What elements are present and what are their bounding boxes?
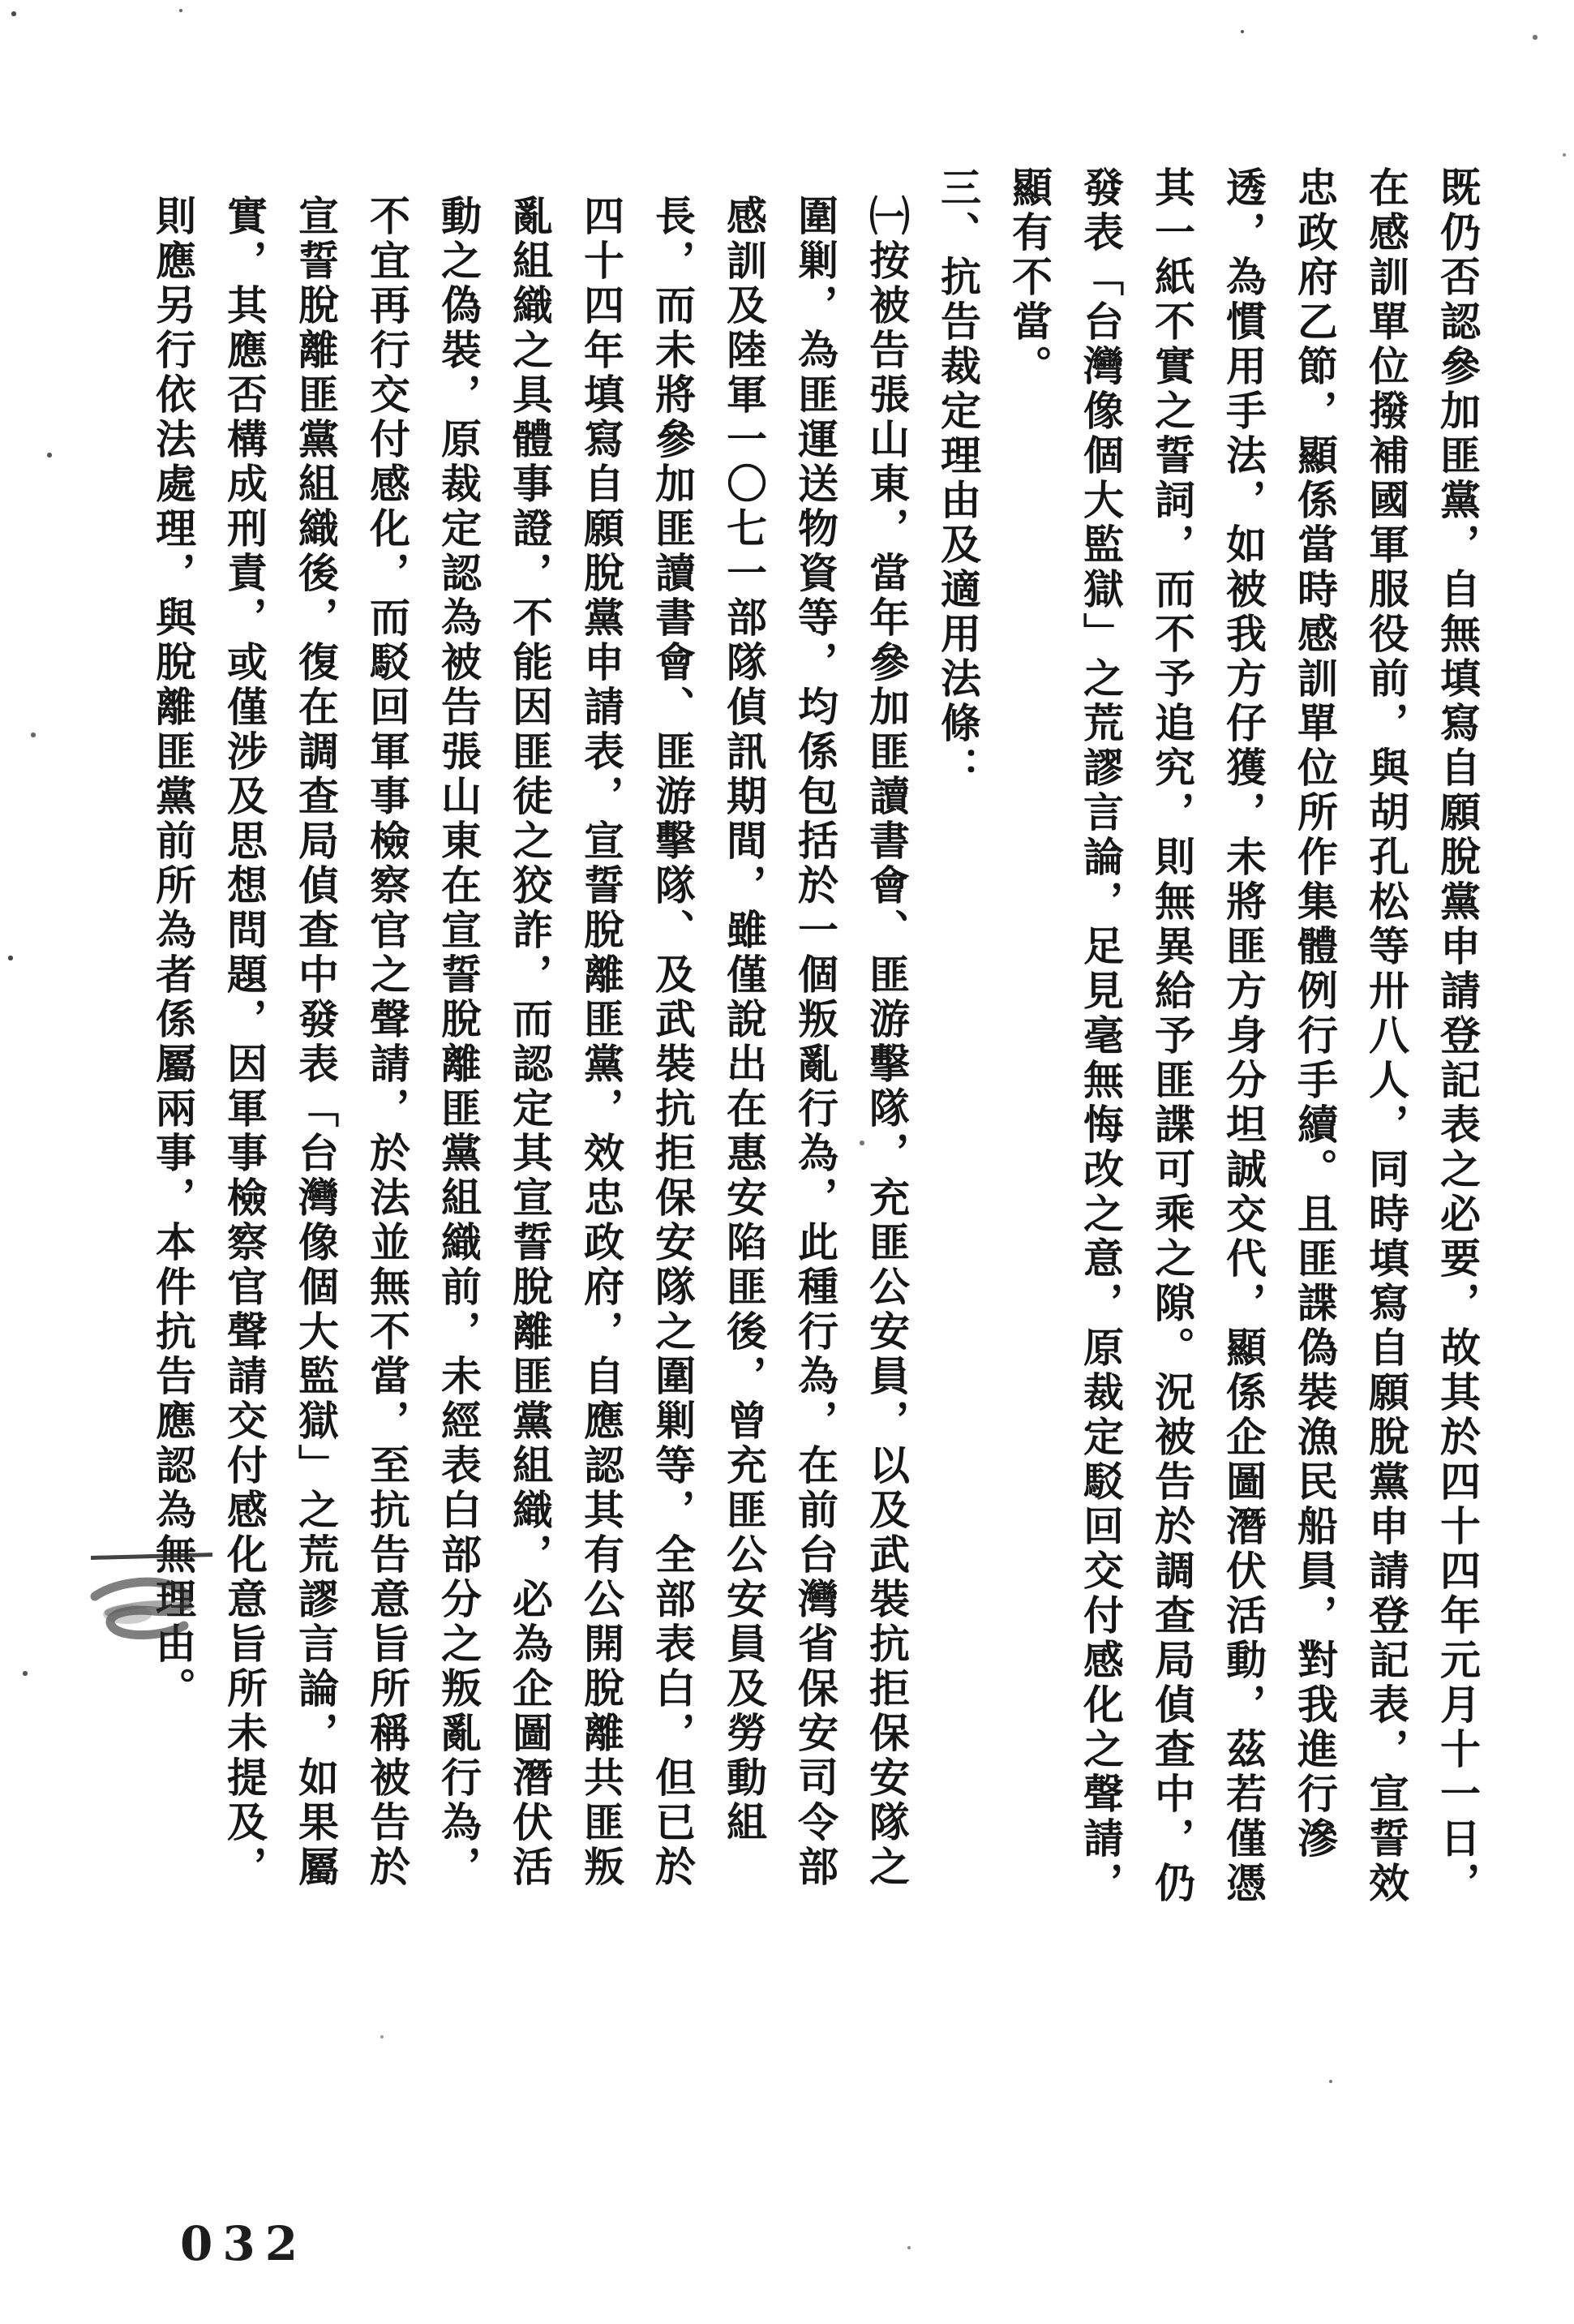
document-text-block: 既仍否認參加匪黨，自無填寫自願脫黨申請登記表之必要，故其於四十四年元月十一日，在…: [137, 158, 1493, 1967]
body-paragraph: 既仍否認參加匪黨，自無填寫自願脫黨申請登記表之必要，故其於四十四年元月十一日，在…: [993, 158, 1493, 1909]
item-text: 按被告張山東，當年參加匪讀書會、匪游擊隊，充匪公安員，以及武裝抗拒保安隊之圍剿，…: [149, 195, 911, 1890]
section-heading: 三、抗告裁定理由及適用法條：: [922, 158, 993, 1909]
ink-smudge: [85, 1566, 207, 1655]
scan-noise: [0, 0, 2, 2]
page-number: 032: [180, 2216, 307, 2271]
item-marker: ㈠: [863, 195, 911, 239]
scanned-document-page: { "document": { "body_paragraph": "既仍否認參…: [0, 0, 1574, 2324]
item-paragraph: ㈠按被告張山東，當年參加匪讀書會、匪游擊隊，充匪公安員，以及武裝抗拒保安隊之圍剿…: [137, 158, 922, 1909]
